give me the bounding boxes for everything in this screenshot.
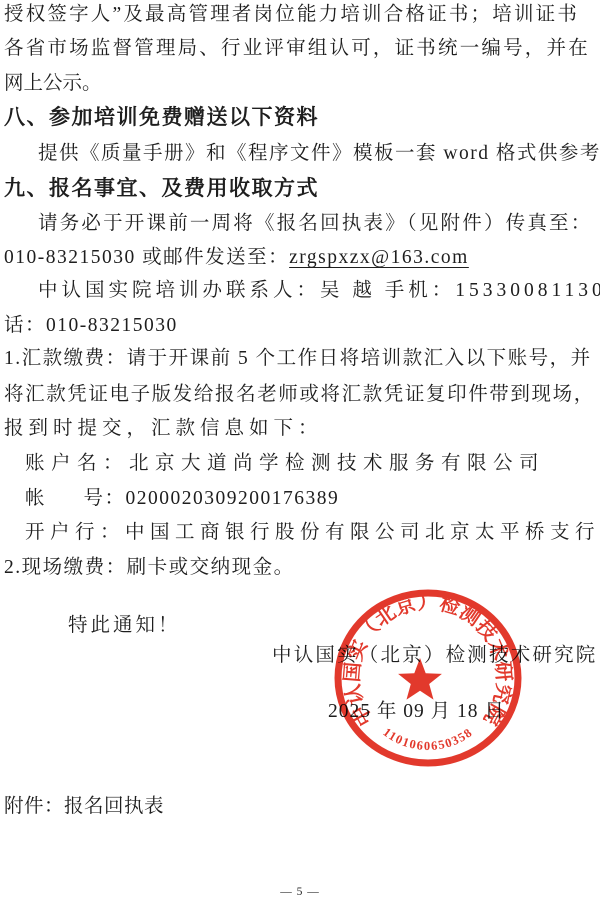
account-number-value: 号：0200020309200176389 xyxy=(84,488,340,509)
onsite-payment-line: 2.现场缴费：刷卡或交纳现金。 xyxy=(4,556,295,579)
paragraph-continuation-line: 网上公示。 xyxy=(4,72,102,95)
notice-hereby-line: 特此通知！ xyxy=(68,614,181,637)
seal-number-holder: 1101060650358 xyxy=(380,725,475,753)
section-heading-9: 九、报名事宜、及费用收取方式 xyxy=(4,177,319,202)
phone-line: 话：010-83215030 xyxy=(4,314,178,337)
fax-email-line: 010-83215030 或邮件发送至：zrgspxzx@163.com xyxy=(4,246,469,269)
page-number: — 5 — xyxy=(0,886,600,898)
official-seal: 中认国实（北京）检测技术研究院 1101060650358 xyxy=(329,586,529,778)
payment-remittance-line: 1.汇款缴费：请于开课前 5 个工作日将培训款汇入以下账号，并 xyxy=(4,347,592,370)
payment-remittance-line: 将汇款凭证电子版发给报名老师或将汇款凭证复印件带到现场， xyxy=(4,383,595,406)
contact-line: 中认国实院培训办联系人：吴 越 手机：15330081130 电 xyxy=(38,279,600,302)
attachment-line: 附件：报名回执表 xyxy=(4,795,164,818)
fax-number-text: 010-83215030 或邮件发送至： xyxy=(4,247,289,268)
payment-remittance-line: 报到时提交，汇款信息如下： xyxy=(4,417,323,440)
seal-star-icon xyxy=(398,658,442,700)
account-name-line: 账户名：北京大道尚学检测技术服务有限公司 xyxy=(25,452,545,475)
account-number-line: 帐号：0200020309200176389 xyxy=(25,487,339,510)
section9-text-line: 请务必于开课前一周将《报名回执表》（见附件）传真至： xyxy=(38,212,592,235)
bank-line: 开户行：中国工商银行股份有限公司北京太平桥支行 xyxy=(25,521,600,544)
paragraph-continuation-line: 授权签字人”及最高管理者岗位能力培训合格证书；培训证书 xyxy=(4,3,579,26)
paragraph-continuation-line: 各省市场监督管理局、行业评审组认可，证书统一编号，并在 xyxy=(4,37,590,60)
document-page: 授权签字人”及最高管理者岗位能力培训合格证书；培训证书 各省市场监督管理局、行业… xyxy=(0,0,600,903)
seal-number: 1101060650358 xyxy=(380,725,475,753)
section8-text: 提供《质量手册》和《程序文件》模板一套 word 格式供参考. xyxy=(38,142,600,165)
section-heading-8: 八、参加培训免费赠送以下资料 xyxy=(4,106,319,131)
account-number-label: 帐 xyxy=(25,488,45,509)
email-link[interactable]: zrgspxzx@163.com xyxy=(289,247,469,268)
